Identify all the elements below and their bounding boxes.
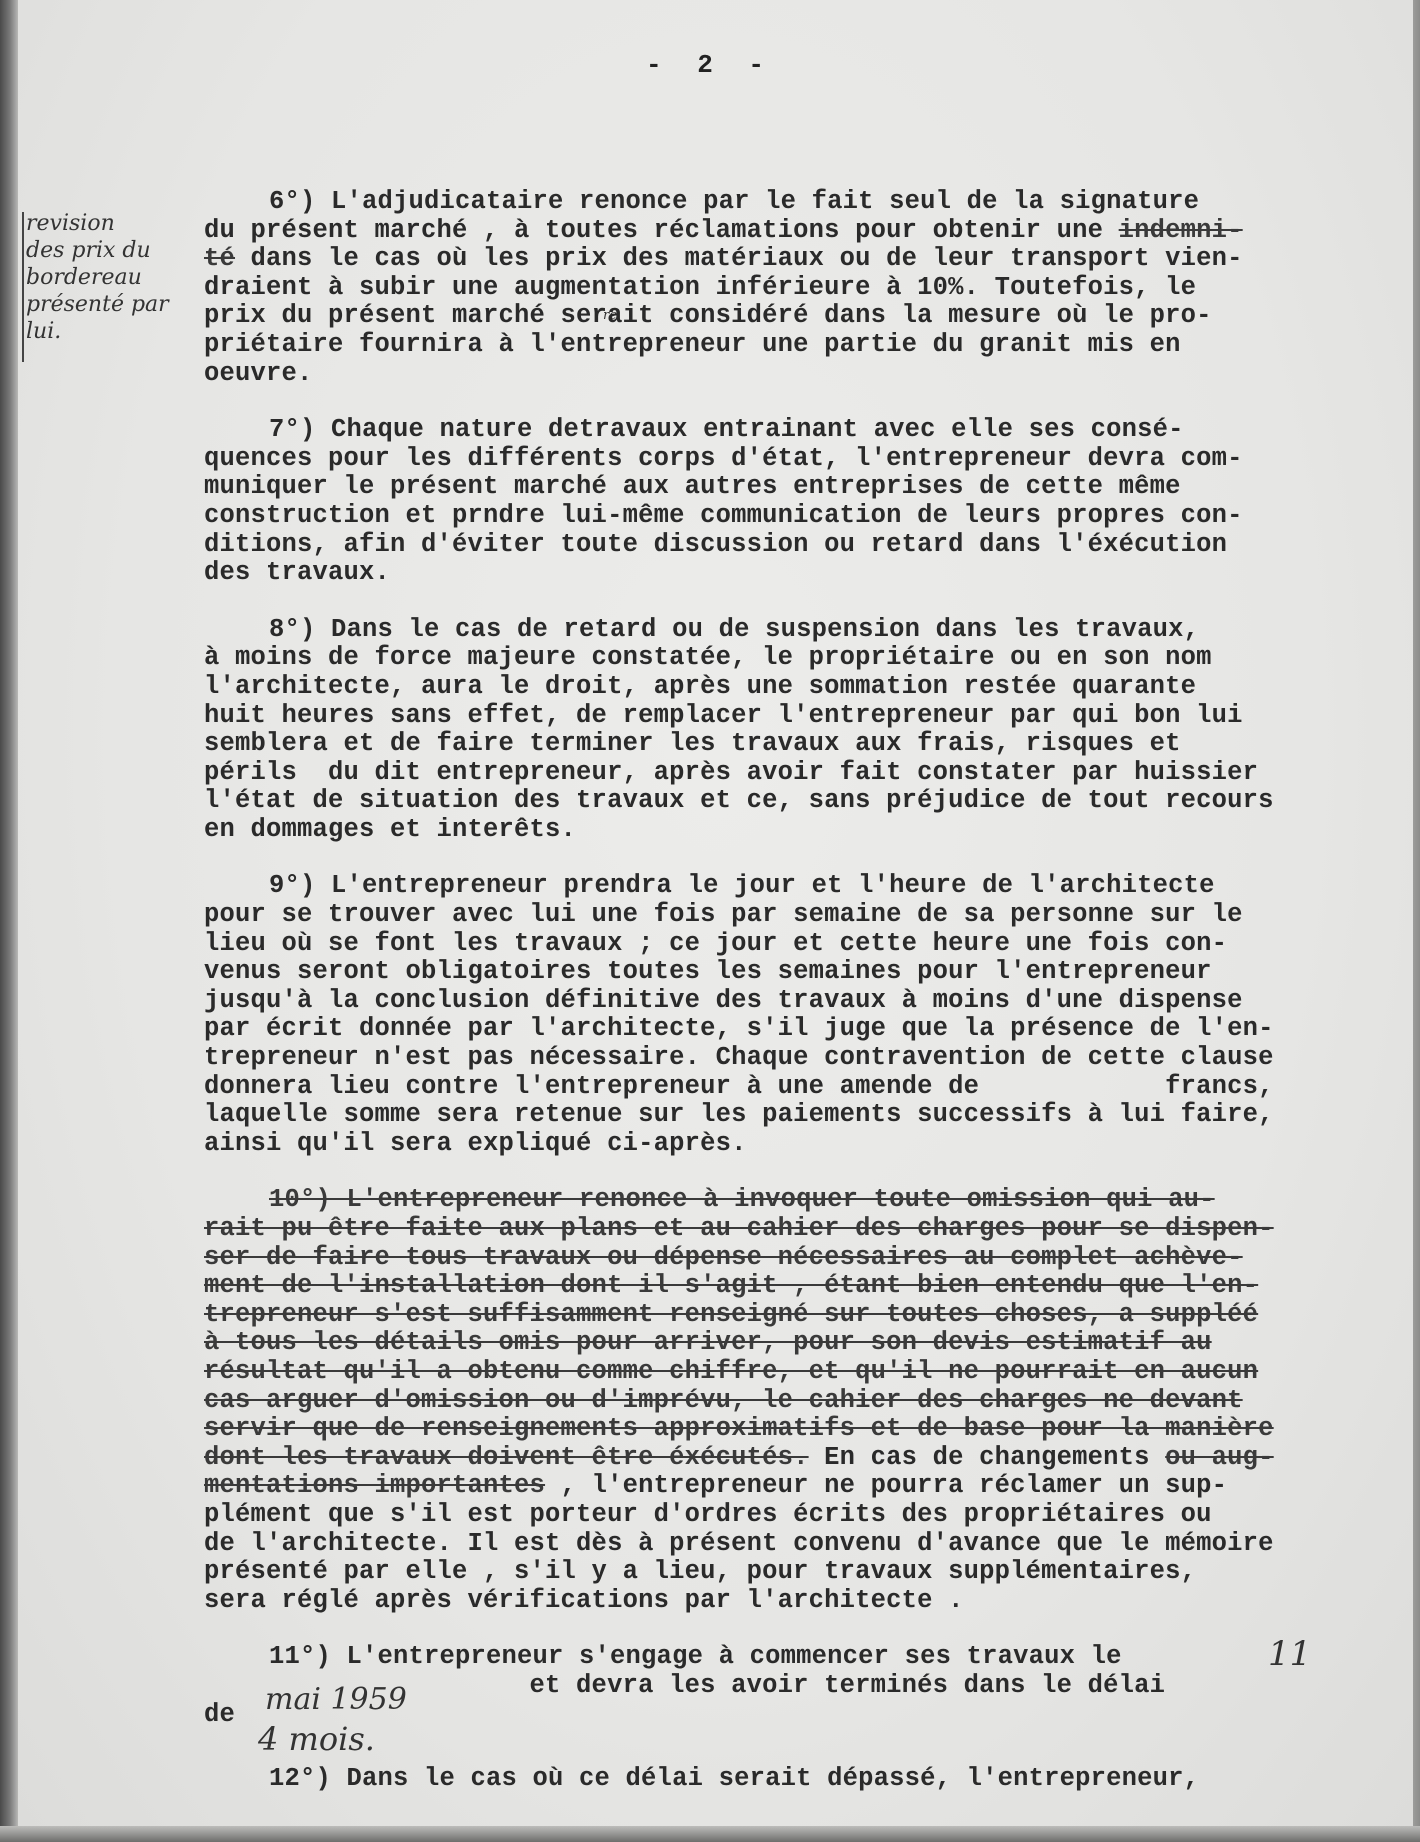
document-body: 6°) L'adjudicataire renonce par le fait … xyxy=(204,188,1414,1822)
margin-annotation: revision des prix du bordereau présenté … xyxy=(26,210,186,345)
clause-6-line-2: du présent marché , à toutes réclamation… xyxy=(204,216,1243,245)
clause-9: 9°) L'entrepreneur prendra le jour et l'… xyxy=(204,872,1414,1158)
handwritten-start-day: 11 xyxy=(1268,1634,1311,1674)
clause-12: 12°) Dans le cas où ce délai serait dépa… xyxy=(204,1765,1414,1794)
clause-8: 8°) Dans le cas de retard ou de suspensi… xyxy=(204,616,1414,845)
clause-10: 10°) L'entrepreneur renonce à invoquer t… xyxy=(204,1186,1414,1615)
handwritten-duration: 4 mois. xyxy=(258,1720,375,1758)
clause-6: 6°) L'adjudicataire renonce par le fait … xyxy=(204,188,1414,388)
handwritten-start-month-year: mai 1959 xyxy=(265,1682,407,1717)
page-bottom-edge xyxy=(0,1826,1420,1842)
clause-7: 7°) Chaque nature detravaux entrainant a… xyxy=(204,416,1414,588)
margin-bracket xyxy=(22,212,24,362)
page-number: - 2 - xyxy=(0,50,1420,80)
